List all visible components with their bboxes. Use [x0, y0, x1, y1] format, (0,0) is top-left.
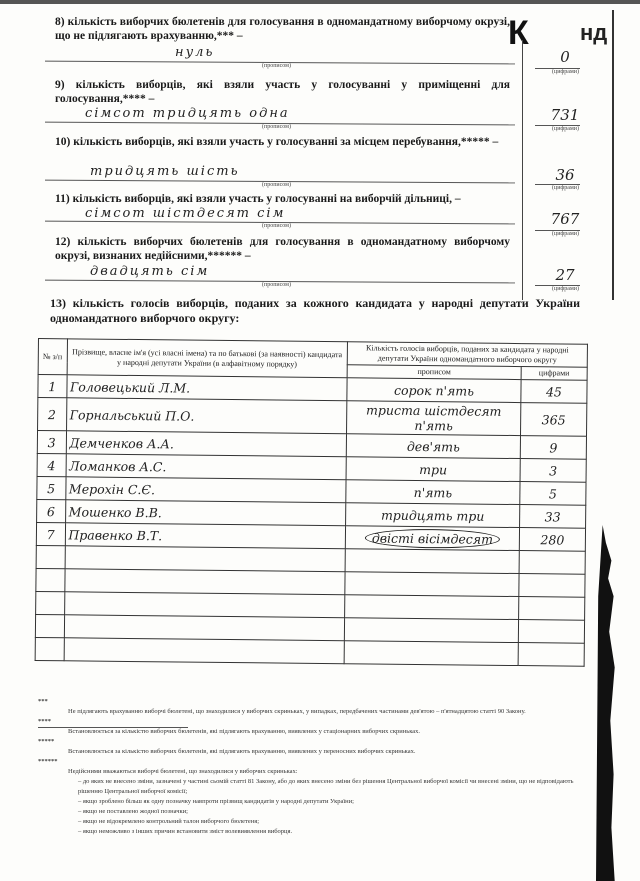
item-10-digits: 36 — [535, 166, 595, 184]
item-9-words: сімсот тридцять одна — [85, 106, 290, 121]
item-10-digits-hint: (цифрами) — [552, 185, 579, 191]
cell-name: Мошенко В.В. — [65, 500, 346, 526]
cell-digits — [518, 643, 584, 667]
scan-dark-edge — [596, 525, 618, 881]
cell-digits: 365 — [521, 403, 587, 437]
cell-num: 1 — [38, 375, 67, 398]
cell-words — [344, 641, 518, 666]
cell-words: тридцять три — [346, 503, 520, 528]
header-digits: цифрами — [521, 367, 587, 381]
footnote-6-item: – якщо неможливо з інших причин встанови… — [38, 827, 578, 837]
cell-words — [344, 618, 518, 643]
header-votes: Кількість голосів виборців, поданих за к… — [347, 342, 587, 368]
item-11-label: 11) кількість виборців, які взяли участь… — [55, 192, 510, 206]
footnotes: *** Не підлягають врахуванню виборчі бюл… — [38, 697, 578, 837]
cell-name: Головецький Л.М. — [66, 375, 347, 401]
cell-words — [345, 549, 519, 574]
footnote-6-item: – якщо не відокремлено контрольний талон… — [38, 817, 578, 827]
footnote-6-items: – до яких не внесено зміни, зазначені у … — [38, 777, 578, 837]
footnote-6-item: – якщо не поставлено жодної позначки; — [38, 807, 578, 817]
cell-num: 7 — [36, 522, 65, 545]
vote-rows: 1Головецький Л.М.сорок п'ять452Горнальсь… — [35, 375, 587, 667]
cell-words: п'ять — [346, 480, 520, 505]
footnote-5: Встановлюється за кількістю виборчих бюл… — [38, 747, 578, 757]
cell-digits — [518, 620, 584, 644]
footnote-4: Встановлюється за кількістю виборчих бюл… — [38, 727, 578, 737]
footnote-3-mark: *** — [38, 697, 578, 707]
item-8-digits: 0 — [535, 48, 595, 66]
cell-digits: 5 — [520, 482, 586, 506]
item-12-words-hint: (прописом) — [262, 282, 291, 288]
cell-words: три — [346, 457, 520, 482]
footnote-6-item: – до яких не внесено зміни, зазначені у … — [38, 777, 578, 797]
cell-words: триста шістдесят п'ять — [347, 401, 521, 436]
cell-name: Демченков А.А. — [66, 431, 347, 457]
header-name: Прізвище, власне ім'я (усі власні імена)… — [67, 339, 348, 378]
stamp-tail: нд — [580, 20, 607, 46]
cell-num — [36, 545, 65, 568]
item-12-label: 12) кількість виборчих бюлетенів для гол… — [55, 235, 510, 263]
header-num: № з/п — [38, 339, 67, 375]
item-10-label: 10) кількість виборців, які взяли участь… — [55, 135, 510, 149]
item-9-label: 9) кількість виборців, які взяли участь … — [55, 78, 510, 106]
item-11-digits-hint: (цифрами) — [552, 231, 579, 237]
cell-digits: 280 — [519, 528, 585, 552]
item-11-words-hint: (прописом) — [262, 223, 291, 229]
cell-num: 4 — [37, 453, 66, 476]
item-12-digits-hint: (цифрами) — [552, 286, 579, 292]
cell-name: Правенко В.Т. — [65, 523, 346, 549]
table-row — [35, 637, 584, 666]
cell-name: Мерохін С.Є. — [65, 477, 346, 503]
item-10-words: тридцять шість — [90, 164, 240, 179]
cell-name — [64, 638, 345, 664]
cell-digits — [519, 574, 585, 598]
stamp-letter: К — [508, 14, 528, 53]
item-9-words-hint: (прописом) — [262, 124, 291, 130]
item-11-digits: 767 — [535, 210, 595, 228]
item-8-label: 8) кількість виборчих бюлетенів для голо… — [55, 15, 510, 43]
cell-digits — [519, 597, 585, 621]
cell-name — [65, 546, 346, 572]
cell-num: 3 — [37, 431, 66, 454]
cell-num — [35, 637, 64, 660]
footnote-3: Не підлягають врахуванню виборчі бюлетен… — [38, 707, 578, 717]
cell-digits: 33 — [520, 505, 586, 529]
cell-words: дев'ять — [346, 434, 520, 459]
item-12-digits: 27 — [535, 266, 595, 284]
cell-digits: 9 — [520, 436, 586, 460]
candidate-votes-table: № з/п Прізвище, власне ім'я (усі власні … — [35, 338, 588, 667]
cell-num: 5 — [37, 476, 66, 499]
cell-name: Ломанков А.С. — [66, 454, 347, 480]
cell-name: Горнальський П.О. — [66, 398, 347, 434]
cell-words: сорок п'ять — [347, 378, 521, 403]
item-9-digits-hint: (цифрами) — [552, 126, 579, 132]
cell-digits: 3 — [520, 459, 586, 483]
section-13-title: 13) кількість голосів виборців, поданих … — [50, 296, 580, 326]
item-12-words: двадцять сім — [90, 264, 209, 279]
footnote-6: Недійсними вважаються виборчі бюлетені, … — [38, 767, 578, 777]
scan-right-edge — [612, 10, 614, 300]
item-10-words-hint: (прописом) — [262, 182, 291, 188]
cell-words — [345, 595, 519, 620]
cell-words — [345, 572, 519, 597]
cell-name — [64, 569, 345, 595]
footnote-4-mark: **** — [38, 717, 578, 727]
cell-digits — [519, 551, 585, 575]
cell-name — [64, 615, 345, 641]
cell-num — [35, 614, 64, 637]
cell-digits: 45 — [521, 380, 587, 404]
item-9-digits: 731 — [535, 106, 595, 124]
footnote-5-mark: ***** — [38, 737, 578, 747]
cell-num: 6 — [37, 499, 66, 522]
cell-num: 2 — [38, 398, 67, 431]
item-11-words: сімсот шістдесят сім — [85, 206, 285, 221]
scan-top-border — [0, 0, 640, 4]
item-8-words: нуль — [175, 45, 214, 60]
cell-words: двісті вісімдесят — [345, 526, 519, 551]
cell-num — [36, 591, 65, 614]
item-8-words-hint: (прописом) — [262, 63, 291, 69]
footnote-6-item: – якщо зроблено більш як одну позначку н… — [38, 797, 578, 807]
cell-num — [36, 568, 65, 591]
cell-name — [64, 592, 345, 618]
footnote-6-mark: ****** — [38, 757, 578, 767]
digits-column-border — [522, 40, 523, 300]
circled-value: двісті вісімдесят — [365, 528, 500, 548]
item-8-digits-hint: (цифрами) — [552, 69, 579, 75]
